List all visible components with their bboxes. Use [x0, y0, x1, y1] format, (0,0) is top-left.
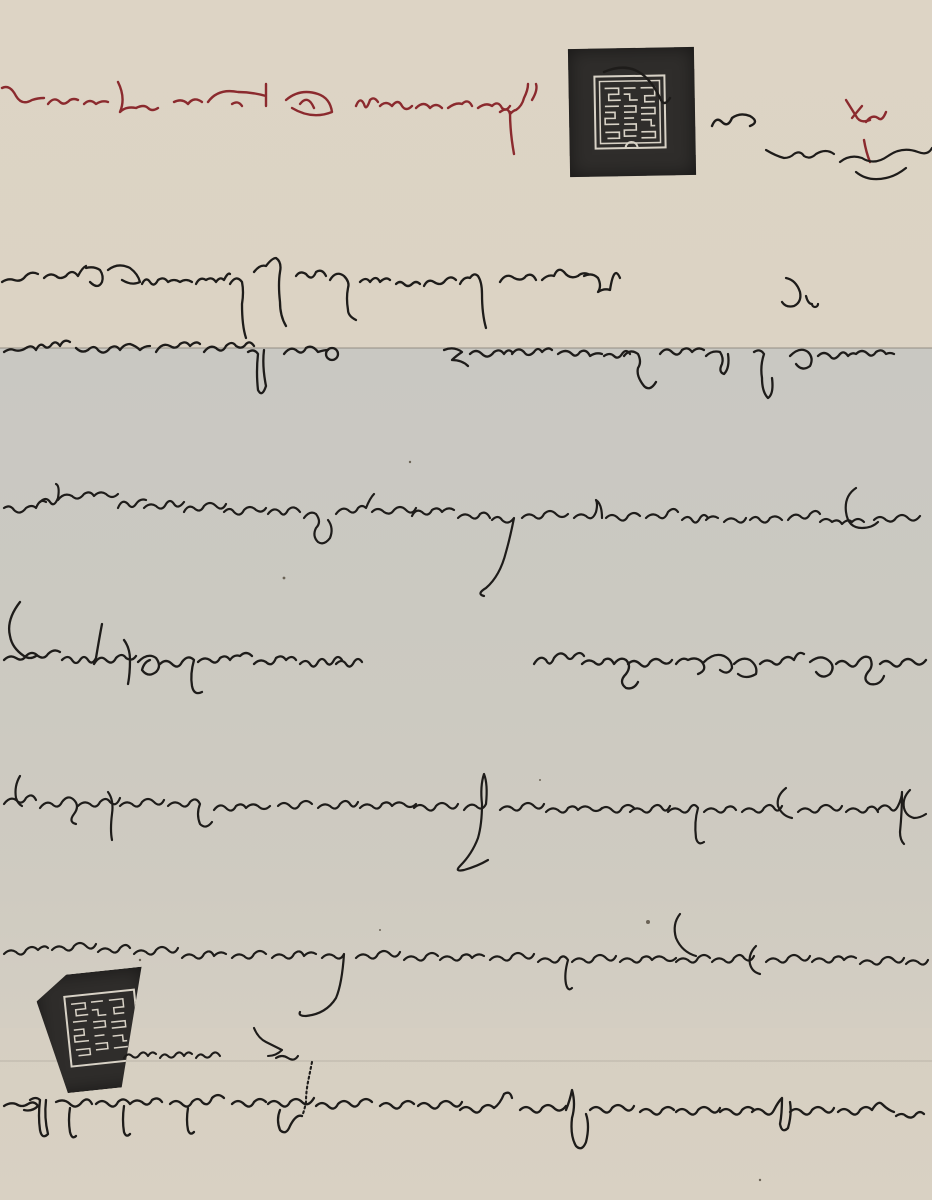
script-line-4	[766, 148, 932, 179]
script-line-2	[604, 68, 755, 126]
script-line-5	[2, 258, 818, 338]
script-line-1	[2, 82, 886, 162]
script-line-7	[4, 484, 920, 596]
handwriting-layer	[0, 0, 932, 1200]
script-line-8	[4, 602, 926, 693]
script-line-6	[4, 341, 894, 398]
script-line-12	[4, 1090, 924, 1148]
script-line-11	[124, 1028, 312, 1116]
script-line-9	[4, 774, 926, 871]
paper-specks	[139, 461, 761, 1181]
script-line-10	[4, 914, 928, 1016]
